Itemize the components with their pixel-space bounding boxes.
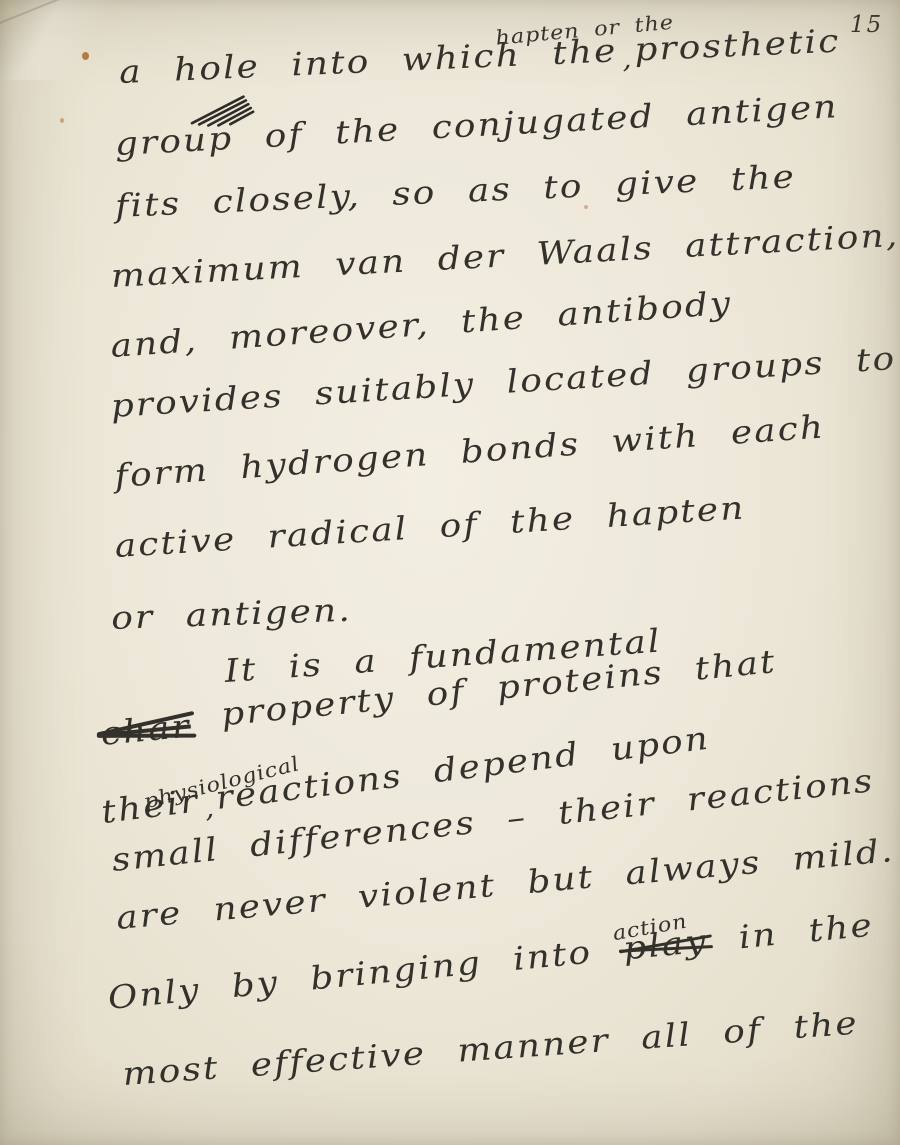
- handwritten-line-3: fits closely, so as to give the: [114, 156, 796, 226]
- paper-stain: [584, 205, 588, 209]
- paper-stain: [82, 52, 89, 60]
- insertion-anchor: ,hapten or the: [616, 30, 635, 71]
- handwritten-line-8: active radical of the hapten: [114, 488, 747, 566]
- struck-out-word: char: [99, 705, 193, 753]
- handwritten-line-7: form hydrogen bonds with each: [113, 406, 826, 496]
- manuscript-page: 15 a hole into which the,hapten or thepr…: [0, 0, 900, 1145]
- insertion-anchor: ,physiological: [196, 778, 218, 820]
- page-number: 15: [850, 12, 883, 38]
- caret-mark: ,: [622, 44, 635, 77]
- line-text: Only by bringing into: [106, 933, 593, 1017]
- line-text: in the: [737, 905, 875, 956]
- paper-stain: [60, 118, 64, 123]
- handwritten-line-4: maximum van der Waals attraction,: [110, 215, 900, 296]
- handwritten-line-1: a hole into which the,hapten or theprost…: [118, 21, 841, 92]
- insertion-anchor: playaction: [621, 920, 709, 968]
- handwritten-line-9: or antigen.: [111, 590, 353, 638]
- handwritten-line-16: most effective manner all of the: [121, 1003, 860, 1094]
